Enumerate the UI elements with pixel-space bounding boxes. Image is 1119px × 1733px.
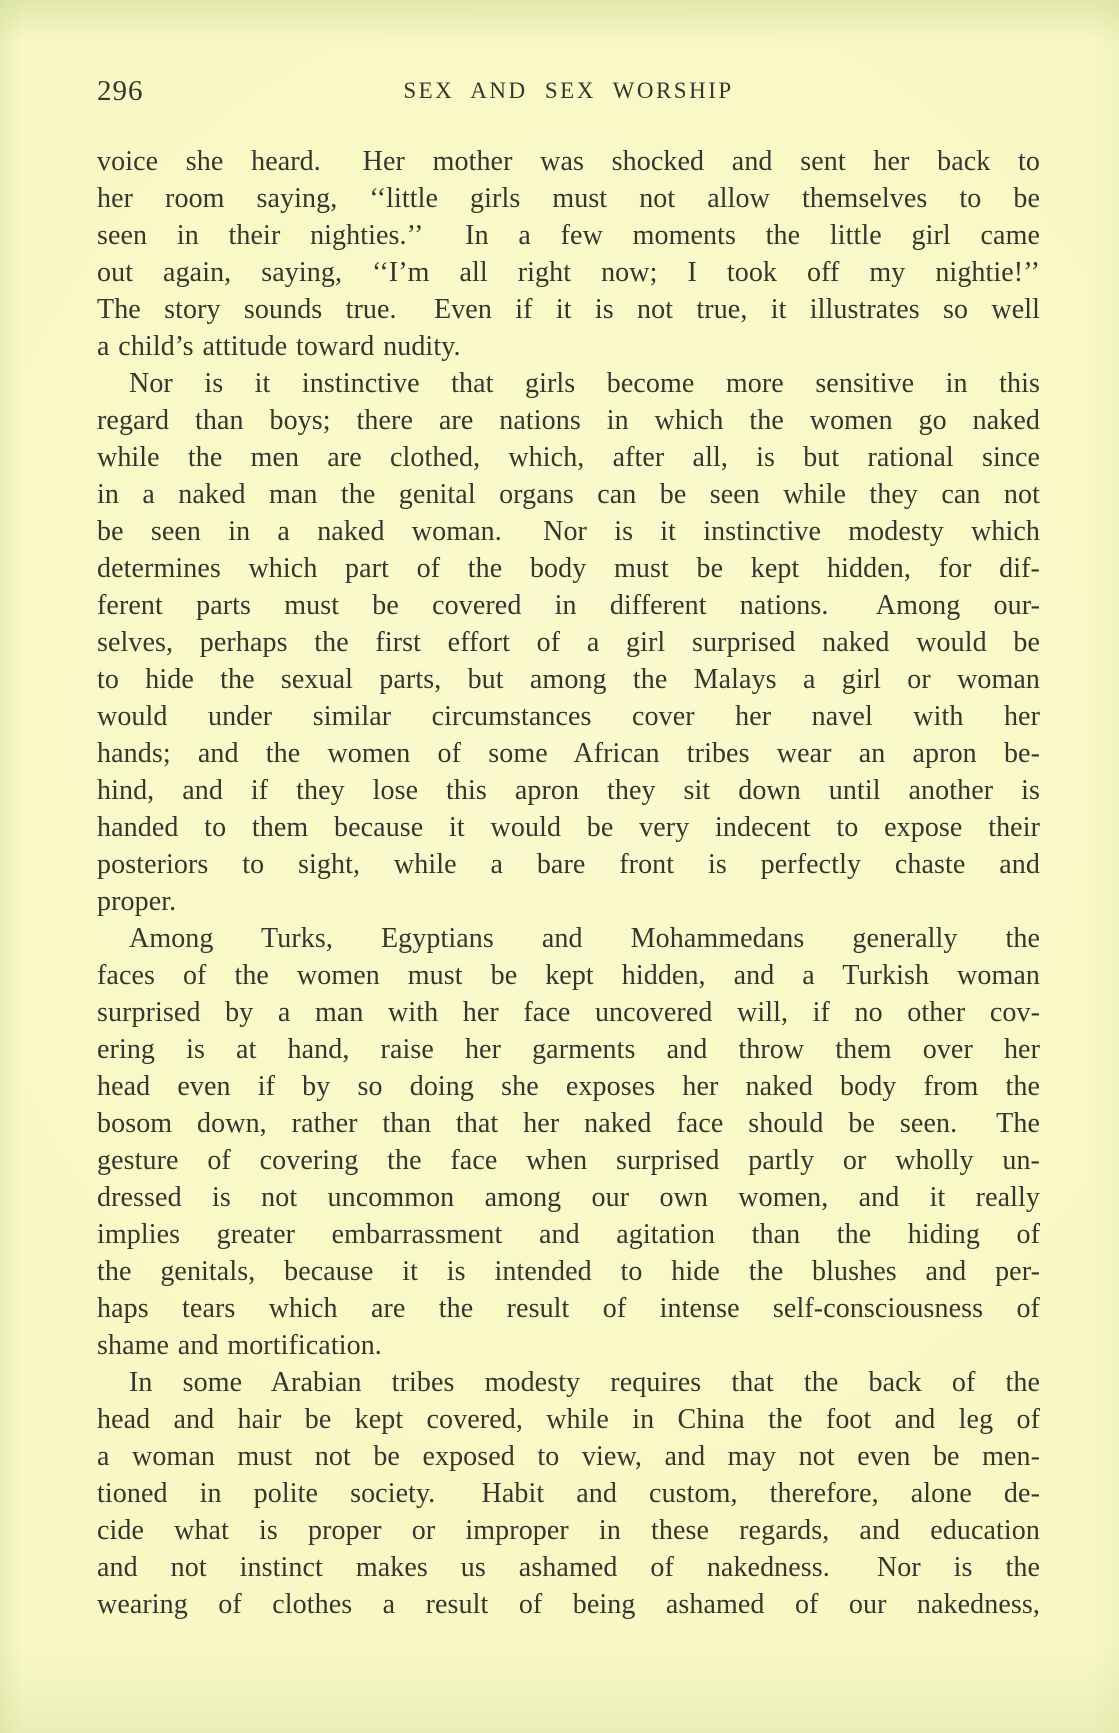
text-line: haps tears which are the result of inten… — [97, 1290, 1040, 1327]
text-line: while the men are clothed, which, after … — [97, 439, 1040, 476]
text-line: determines which part of the body must b… — [97, 550, 1040, 587]
text-line: implies greater embarrassment and agitat… — [97, 1216, 1040, 1253]
text-line: and not instinct makes us ashamed of nak… — [97, 1549, 1040, 1586]
text-line: bosom down, rather than that her naked f… — [97, 1105, 1040, 1142]
paragraph: Nor is it instinctive that girls become … — [97, 365, 1040, 920]
text-line: wearing of clothes a result of being ash… — [97, 1586, 1040, 1623]
text-line: seen in their nighties.’’ In a few momen… — [97, 217, 1040, 254]
book-page: 296 SEX AND SEX WORSHIP voice she heard.… — [0, 0, 1119, 1733]
text-line: out again, saying, ‘‘I’m all right now; … — [97, 254, 1040, 291]
text-line: ferent parts must be covered in differen… — [97, 587, 1040, 624]
text-line: a woman must not be exposed to view, and… — [97, 1438, 1040, 1475]
text-line: ering is at hand, raise her garments and… — [97, 1031, 1040, 1068]
paragraph: Among Turks, Egyptians and Mohammedans g… — [97, 920, 1040, 1364]
text-line: Among Turks, Egyptians and Mohammedans g… — [97, 920, 1040, 957]
paragraph: In some Arabian tribes modesty requires … — [97, 1364, 1040, 1623]
text-line: surprised by a man with her face uncover… — [97, 994, 1040, 1031]
text-line: would under similar circumstances cover … — [97, 698, 1040, 735]
text-line: to hide the sexual parts, but among the … — [97, 661, 1040, 698]
text-line: handed to them because it would be very … — [97, 809, 1040, 846]
body-text: voice she heard. Her mother was shocked … — [97, 143, 1040, 1623]
text-line: tioned in polite society. Habit and cust… — [97, 1475, 1040, 1512]
text-line: be seen in a naked woman. Nor is it inst… — [97, 513, 1040, 550]
text-line: posteriors to sight, while a bare front … — [97, 846, 1040, 883]
text-line: in a naked man the genital organs can be… — [97, 476, 1040, 513]
text-line: The story sounds true. Even if it is not… — [97, 291, 1040, 328]
text-line: gesture of covering the face when surpri… — [97, 1142, 1040, 1179]
text-line: shame and mortification. — [97, 1327, 1040, 1364]
text-line: her room saying, ‘‘little girls must not… — [97, 180, 1040, 217]
text-line: hind, and if they lose this apron they s… — [97, 772, 1040, 809]
text-line: cide what is proper or improper in these… — [97, 1512, 1040, 1549]
text-line: faces of the women must be kept hidden, … — [97, 957, 1040, 994]
text-line: head and hair be kept covered, while in … — [97, 1401, 1040, 1438]
text-line: dressed is not uncommon among our own wo… — [97, 1179, 1040, 1216]
text-line: voice she heard. Her mother was shocked … — [97, 143, 1040, 180]
paragraph: voice she heard. Her mother was shocked … — [97, 143, 1040, 365]
text-line: the genitals, because it is intended to … — [97, 1253, 1040, 1290]
text-line: hands; and the women of some African tri… — [97, 735, 1040, 772]
text-line: selves, perhaps the first effort of a gi… — [97, 624, 1040, 661]
running-title: SEX AND SEX WORSHIP — [97, 78, 1040, 104]
text-line: a child’s attitude toward nudity. — [97, 328, 1040, 365]
page-header: 296 SEX AND SEX WORSHIP — [97, 70, 1040, 106]
text-line: proper. — [97, 883, 1040, 920]
text-line: head even if by so doing she exposes her… — [97, 1068, 1040, 1105]
text-line: regard than boys; there are nations in w… — [97, 402, 1040, 439]
text-line: Nor is it instinctive that girls become … — [97, 365, 1040, 402]
text-line: In some Arabian tribes modesty requires … — [97, 1364, 1040, 1401]
